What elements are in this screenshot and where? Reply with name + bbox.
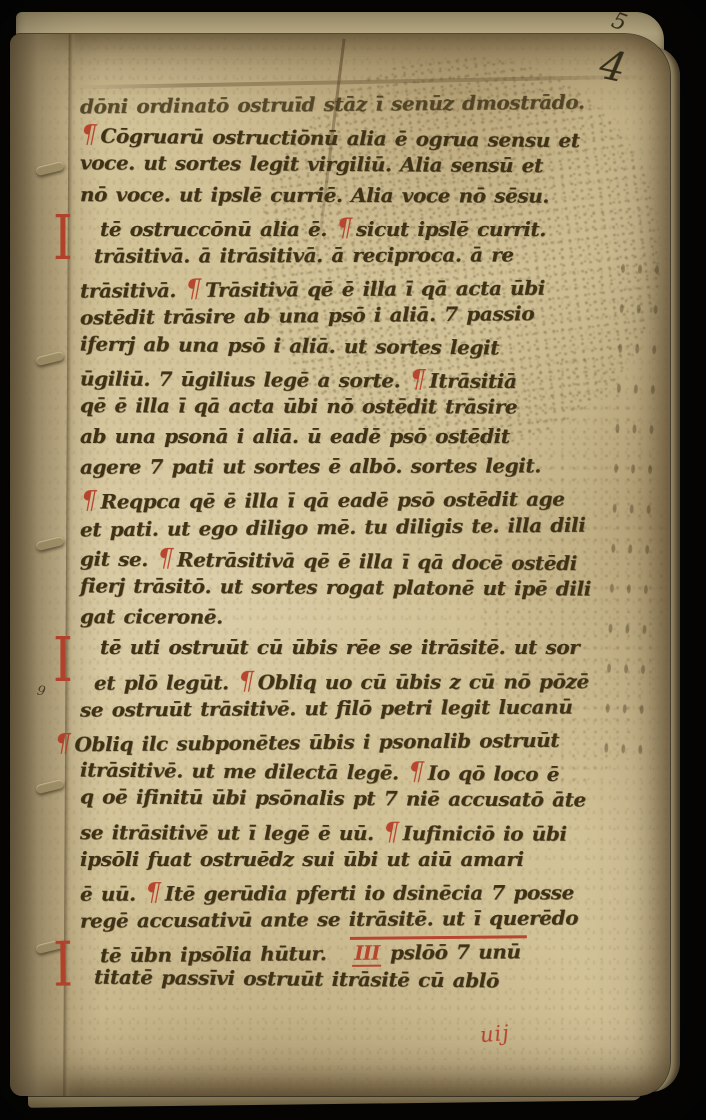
text-segment: ab una psonā i aliā. ū eadē psō ostēdit xyxy=(80,424,510,448)
text-segment: Io qō loco ē xyxy=(428,761,560,786)
text-segment: fierj trāsitō. ut sortes rogat platonē u… xyxy=(80,573,591,600)
manuscript-line: git se. ¶Retrāsitivā qē ē illa ī qā docē… xyxy=(80,542,604,577)
text-segment: Obliq ilc subponētes ūbis i psonalib ost… xyxy=(74,728,559,757)
manuscript-line: Itē uti ostruūt cū ūbis rēe se itrāsitē.… xyxy=(80,635,604,665)
text-segment: trāsitivā. xyxy=(80,278,185,303)
paraph-mark: ¶ xyxy=(408,757,424,786)
manuscript-line: et pati. ut ego diligo mē. tu diligis te… xyxy=(80,512,604,547)
text-segment: Trāsitivā qē ē illa ī qā acta ūbi xyxy=(205,276,545,302)
manuscript-line: iferrj ab una psō i aliā. ut sortes legi… xyxy=(80,331,604,366)
paraph-mark: ¶ xyxy=(238,666,254,695)
manuscript-line: gat ciceronē. xyxy=(80,604,604,636)
text-block: dōni ordinatō ostruīd stāz ī senūz dmost… xyxy=(80,92,604,998)
text-segment: tē ūbn ipsōlia hūtur. xyxy=(100,941,327,967)
text-segment: ipsōli fuat ostruēdz sui ūbi ut aiū amar… xyxy=(80,847,524,871)
manuscript-line: q oē ifinitū ūbi psōnalis pt 7 niē accus… xyxy=(80,785,604,818)
text-segment: se itrāsitivē ut ī legē ē uū. xyxy=(80,820,382,845)
quire-signature: uij xyxy=(479,1021,511,1048)
manuscript-line: regē accusativū ante se itrāsitē. ut ī q… xyxy=(80,905,604,938)
manuscript-line: Itē ostruccōnū alia ē. ¶sicut ipslē curr… xyxy=(80,213,604,243)
paraph-mark: ¶ xyxy=(383,817,399,846)
text-segment: et plō legūt. xyxy=(94,670,237,694)
text-segment: tē uti ostruūt cū ūbis rēe se itrāsitē. … xyxy=(100,635,579,659)
text-segment: se ostruūt trāsitivē. ut filō petri legi… xyxy=(80,694,573,721)
manuscript-line: trāsitivā. ¶Trāsitivā qē ē illa ī qā act… xyxy=(80,271,604,304)
text-segment: Cōgruarū ostructiōnū alia ē ogrua sensu … xyxy=(100,124,579,153)
manuscript-line: ¶Reqpca qē ē illa ī qā eadē psō ostēdit … xyxy=(80,483,604,516)
paraph-mark: ¶ xyxy=(145,877,161,906)
manuscript-line: et plō legūt. ¶Obliq uo cū ūbis z cū nō … xyxy=(80,665,604,697)
text-segment: iferrj ab una psō i aliā. ut sortes legi… xyxy=(80,331,499,359)
text-segment: voce. ut sortes legit virgiliū. Alia sen… xyxy=(80,151,543,178)
text-segment: q oē ifinitū ūbi psōnalis pt 7 niē accus… xyxy=(80,785,586,812)
manuscript-line: ¶Cōgruarū ostructiōnū alia ē ogrua sensu… xyxy=(80,120,604,155)
text-segment: Retrāsitivā qē ē illa ī qā docē ostēdi xyxy=(177,547,577,575)
text-segment: qē ē illa ī qā acta ūbi nō ostēdit trāsi… xyxy=(80,393,517,418)
paraph-mark: ¶ xyxy=(81,486,97,515)
text-segment: trāsitivā. ā itrāsitivā. ā reciproca. ā … xyxy=(94,242,514,267)
text-segment: ē uū. xyxy=(80,881,144,905)
manuscript-line: qē ē illa ī qā acta ūbi nō ostēdit trāsi… xyxy=(80,393,604,425)
paraph-mark: ¶ xyxy=(55,728,71,757)
rubric-numeral: III xyxy=(352,941,381,967)
paraph-mark: ¶ xyxy=(157,543,173,572)
text-segment: sicut ipslē currit. xyxy=(356,217,546,241)
text-segment: Obliq uo cū ūbis z cū nō pōzē xyxy=(258,669,589,694)
rubric-initial: I xyxy=(53,210,79,266)
manuscript-line: trāsitivā. ā itrāsitivā. ā reciproca. ā … xyxy=(80,242,604,274)
manuscript-line: agere 7 pati ut sortes ē albō. sortes le… xyxy=(80,453,604,485)
text-segment: itrāsitivē. ut me dilectā legē. xyxy=(80,758,408,785)
text-segment: ostēdit trāsire ab una psō i aliā. 7 pas… xyxy=(80,302,535,330)
manuscript-line: voce. ut sortes legit virgiliū. Alia sen… xyxy=(80,151,604,184)
paraph-mark: ¶ xyxy=(185,274,201,303)
text-segment: tē ostruccōnū alia ē. xyxy=(100,217,336,241)
text-segment: et pati. ut ego diligo mē. tu diligis te… xyxy=(80,512,586,541)
text-segment: pslōō 7 unū xyxy=(381,940,520,965)
manuscript-line: nō voce. ut ipslē curriē. Alia voce nō s… xyxy=(80,182,604,214)
manuscript-line: ūgiliū. 7 ūgilius legē a sorte. ¶Itrāsit… xyxy=(80,362,604,395)
text-segment: Itrāsitiā xyxy=(429,368,516,393)
text-segment: Reqpca qē ē illa ī qā eadē psō ostēdit a… xyxy=(100,487,564,514)
manuscript-line: se itrāsitivē ut ī legē ē uū. ¶Iufiniciō… xyxy=(80,816,604,848)
text-segment: dōni ordinatō ostruīd stāz ī senūz dmost… xyxy=(80,90,585,119)
rubric-bracket: III pslōō 7 unū xyxy=(350,936,526,966)
manuscript-line: itrāsitivē. ut me dilectā legē. ¶Io qō l… xyxy=(80,754,604,789)
text-segment: nō voce. ut ipslē curriē. Alia voce nō s… xyxy=(80,182,549,207)
rubric-initial: I xyxy=(53,937,80,993)
text-segment: regē accusativū ante se itrāsitē. ut ī q… xyxy=(80,906,578,933)
manuscript-line: ab una psonā i aliā. ū eadē psō ostēdit xyxy=(80,424,604,454)
text-segment: ūgiliū. 7 ūgilius legē a sorte. xyxy=(80,366,409,392)
text-segment: Itē gerūdia pferti io dsinēcia 7 posse xyxy=(165,880,574,905)
manuscript-line: fierj trāsitō. ut sortes rogat platonē u… xyxy=(80,573,604,606)
paraph-mark: ¶ xyxy=(337,213,353,242)
text-segment: git se. xyxy=(80,546,157,571)
manuscript-line: ipsōli fuat ostruēdz sui ūbi ut aiū amar… xyxy=(80,847,604,877)
paraph-mark: ¶ xyxy=(81,120,97,149)
text-segment: gat ciceronē. xyxy=(80,604,223,628)
text-segment: titatē passīvi ostruūt itrāsitē cū ablō xyxy=(94,965,499,993)
manuscript-line: ē uū. ¶Itē gerūdia pferti io dsinēcia 7 … xyxy=(80,876,604,908)
text-segment: Iufiniciō io ūbi xyxy=(403,821,567,846)
manuscript-line: ostēdit trāsire ab una psō i aliā. 7 pas… xyxy=(80,301,604,336)
manuscript-photo: 5 9 4 dōni ordinatō ostruīd stāz ī senūz… xyxy=(0,0,706,1120)
paraph-mark: ¶ xyxy=(410,364,426,393)
rubric-initial: I xyxy=(53,632,79,688)
text-segment: agere 7 pati ut sortes ē albō. sortes le… xyxy=(80,454,541,479)
manuscript-line: titatē passīvi ostruūt itrāsitē cū ablō xyxy=(80,965,604,1000)
manuscript-line: se ostruūt trāsitivē. ut filō petri legi… xyxy=(80,694,604,727)
